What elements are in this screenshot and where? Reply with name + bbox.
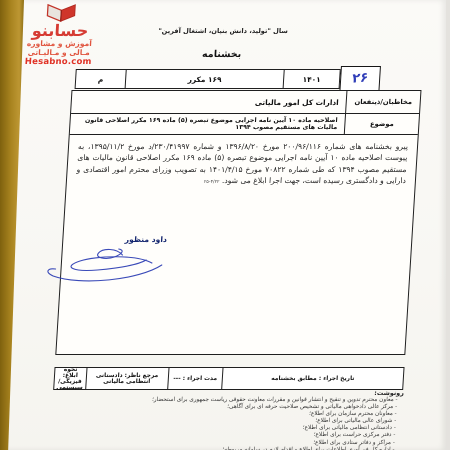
document-content: حسابنو آموزش و مشاوره مـالی و مـالیـاتی … [0,0,450,450]
recipients-label: مخاطبان/ذینفعان [345,91,420,113]
brand-website: Hesabno.com [15,57,102,68]
execution-duration-cell: مدت اجراء : --- [167,368,223,389]
circular-code-cell: م [76,70,126,88]
execution-date-cell: تاریخ اجراء : مطابق بخشنامه [221,368,403,389]
circular-body: پیرو بخشنامه های شماره ۲۰۰/۹۶/۱۱۶ مورخ ۱… [56,135,417,354]
circular-main-table: مخاطبان/ذینفعان ادارات کل امور مالیاتی م… [55,90,421,355]
execution-info-row: تاریخ اجراء : مطابق بخشنامه مدت اجراء : … [53,367,404,390]
recipients-row: مخاطبان/ذینفعان ادارات کل امور مالیاتی [71,91,420,114]
copies-item: - دفتر مرکزی حراست برای اطلاع؛ [0,432,402,439]
circular-year-cell: ۱۴۰۱ [283,70,340,88]
scanned-document-photo: حسابنو آموزش و مشاوره مـالی و مـالیـاتی … [0,0,450,450]
brand-wordmark: حسابنو [17,22,104,39]
copies-label: رونوشت: [0,390,404,397]
subject-value: اصلاحیه ماده ۱۰ آیین نامه اجرایی موضوع ت… [70,114,345,134]
hesabno-logo: حسابنو آموزش و مشاوره مـالی و مـالیـاتی … [15,3,105,68]
body-paragraph-text: پیرو بخشنامه های شماره ۲۰۰/۹۶/۱۱۶ مورخ ۱… [76,142,408,185]
circular-serial-box: ۲۶ [339,66,381,91]
brand-tagline-1: آموزش و مشاوره [16,39,103,48]
subject-row: موضوع اصلاحیه ماده ۱۰ آیین نامه اجرایی م… [70,114,419,135]
year-slogan: سال "تولید، دانش بنیان، اشتغال آفرین" [148,27,298,35]
subject-label: موضوع [344,114,419,134]
recipients-value: ادارات کل امور مالیاتی [71,91,346,113]
signature-scribble [38,243,176,288]
copies-item: - اداره کل فن آوری اطلاعات برای اطلاع و … [0,447,401,450]
notification-method-cell: نحوه ابلاغ: فیزیکی/ سیستمی [54,368,86,389]
body-paragraph: پیرو بخشنامه های شماره ۲۰۰/۹۶/۱۱۶ مورخ ۱… [75,141,408,189]
hesabno-book-icon [18,3,105,23]
handwritten-serial-number: ۲۶ [352,71,369,85]
copies-item: - مراکز و دفاتر ستادی برای اطلاع؛ [0,440,401,447]
supervising-authority-cell: مرجع ناظر: دادستانی انتظامی مالیاتی [85,368,168,389]
brand-tagline-2: مـالی و مـالیـاتی [16,48,103,57]
copies-block: رونوشت: - معاون محترم تدوین و تنقیح و ان… [0,390,404,450]
document-type-title: بخشنامه [166,49,277,60]
circular-number-table: ۱۴۰۱ ۱۶۹ مکرر م [75,69,341,89]
archive-ref-note: ۴/۲۲-۲۵ [204,180,220,185]
circular-article-cell: ۱۶۹ مکرر [125,70,284,88]
